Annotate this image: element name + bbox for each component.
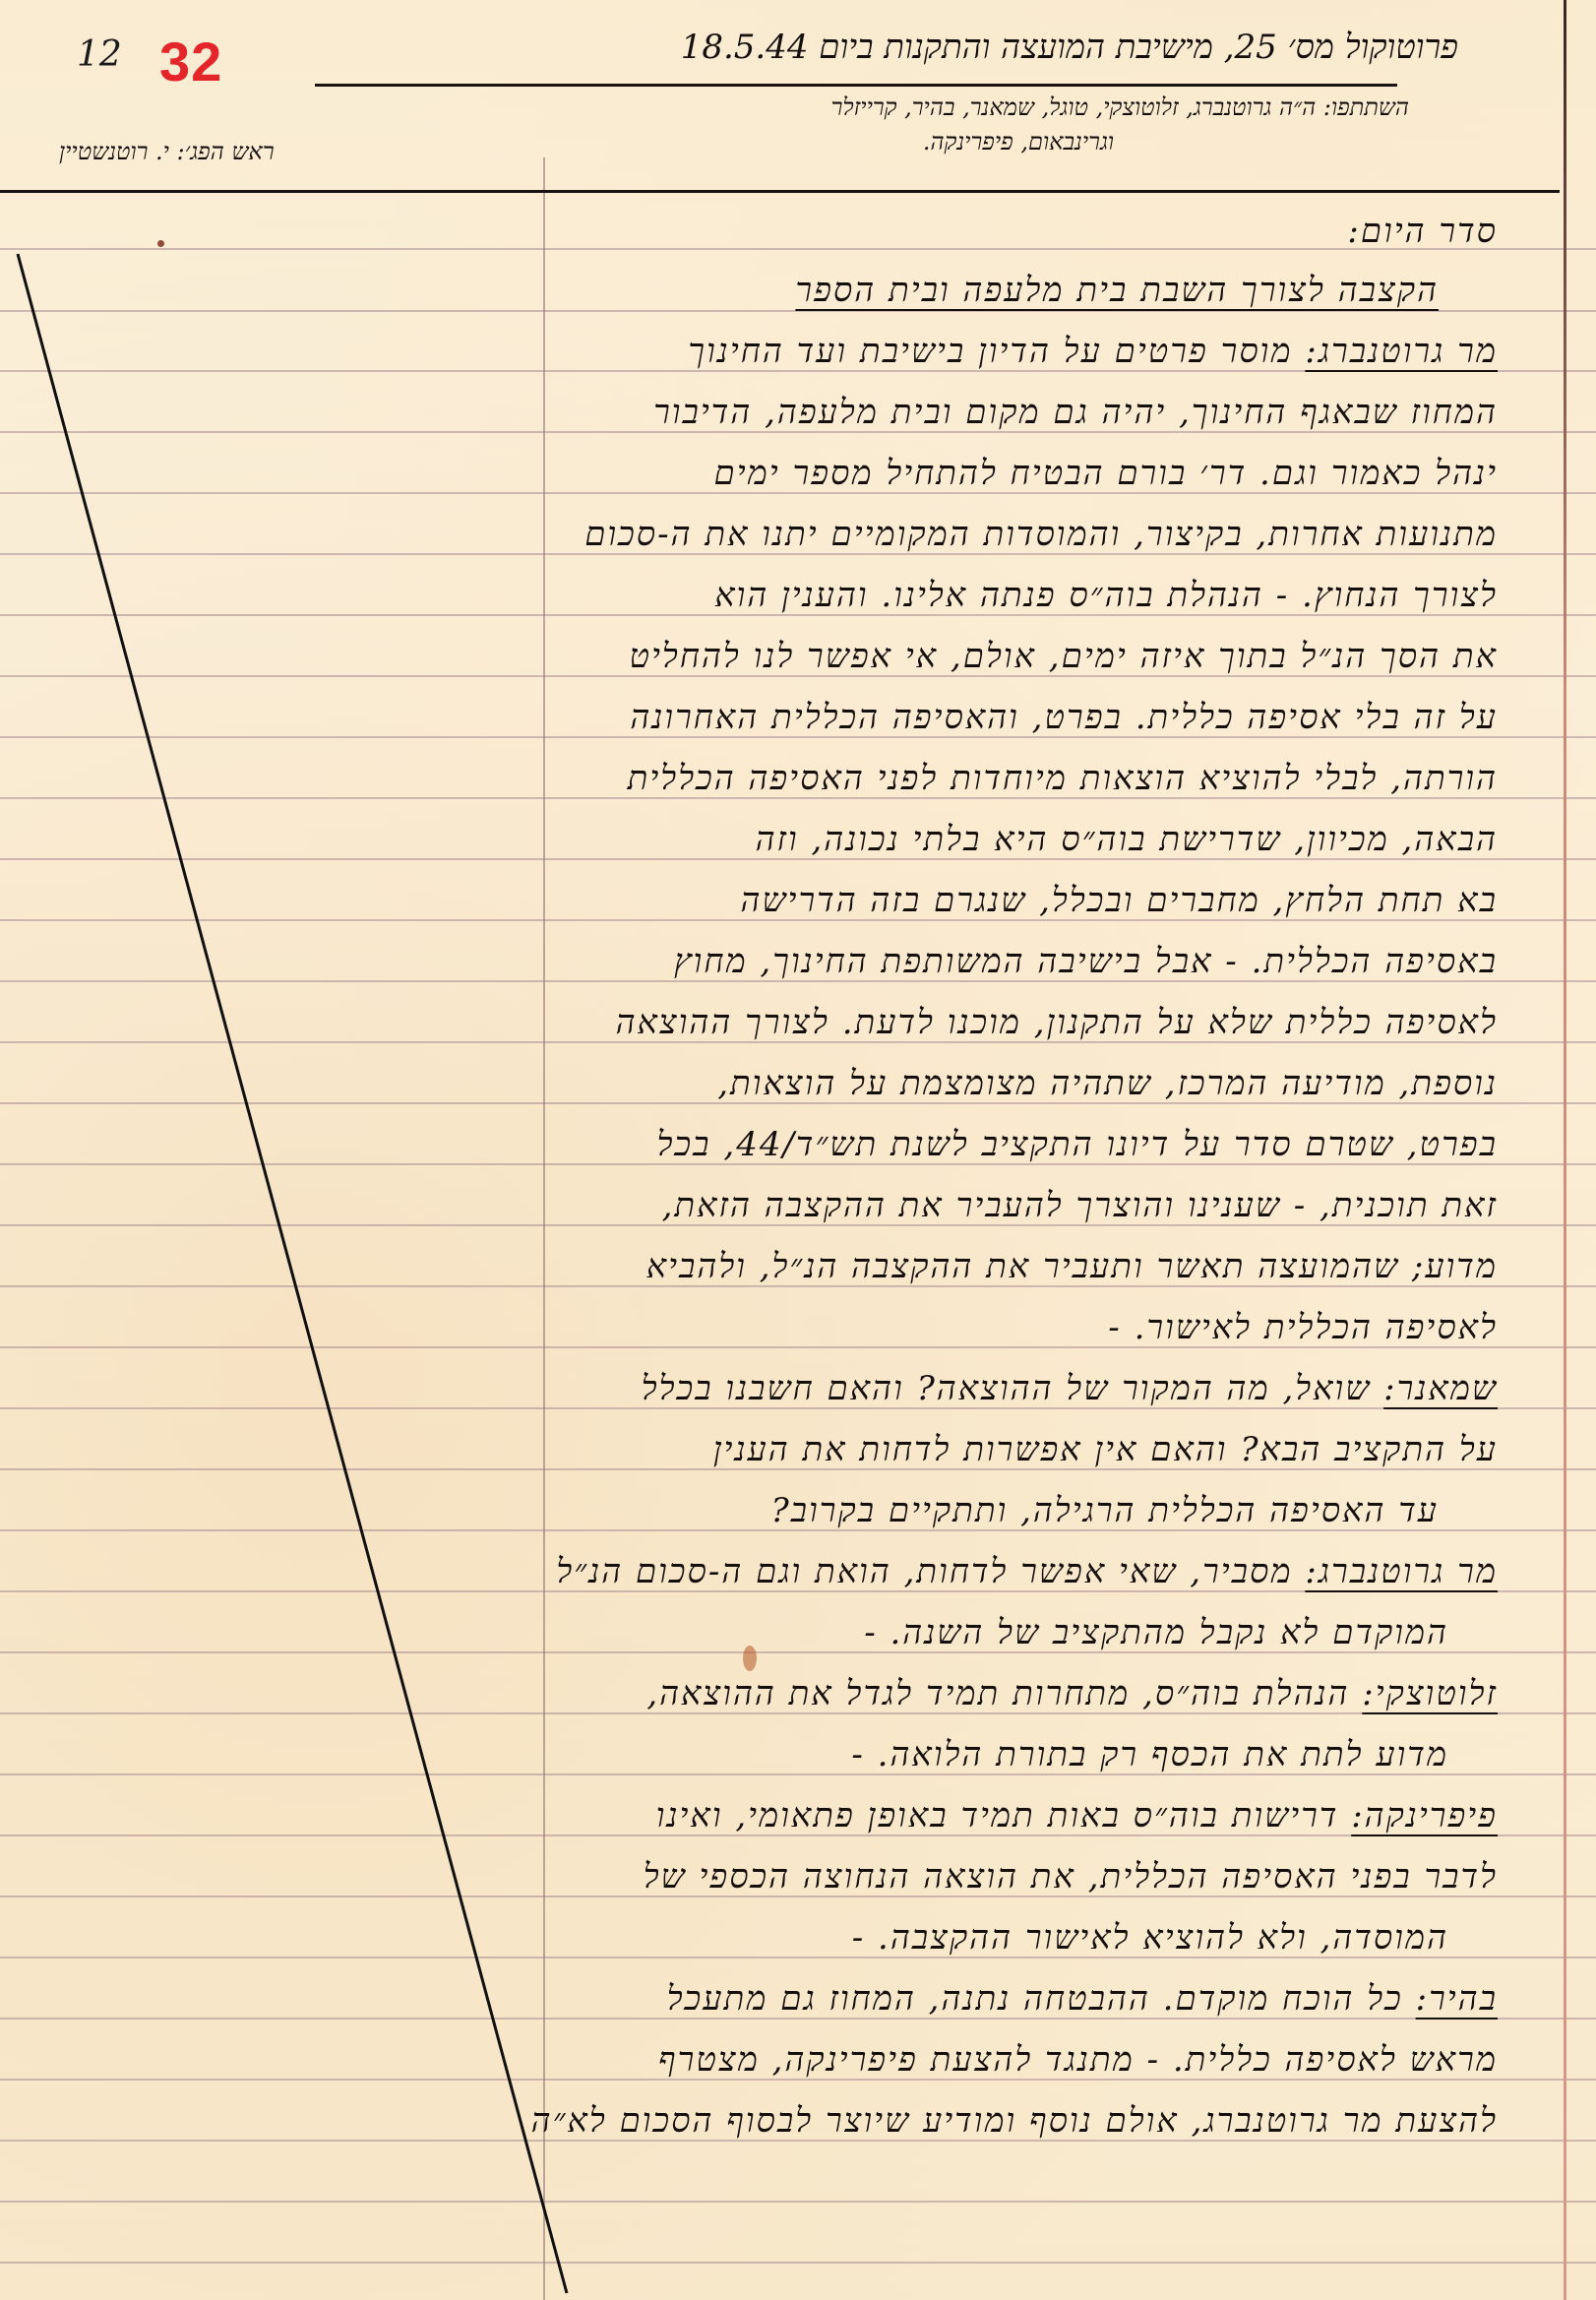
- body-line: מר גרוטנברג: מסביר, שאי אפשר לדחות, הואת…: [556, 1552, 1498, 1591]
- agenda-label: סדר היום:: [1347, 212, 1498, 251]
- body-line: בפרט, שטרם סדר על דיונו התקציב לשנת תש״ד…: [657, 1125, 1498, 1164]
- speaker-name: מר גרוטנברג:: [1305, 332, 1498, 371]
- body-line: מתנועות אחרות, בקיצור, והמוסדות המקומיים…: [584, 515, 1498, 554]
- speaker-name: זלוטוצקי:: [1362, 1674, 1498, 1713]
- body-line: זאת תוכנית, - שענינו והוצרך להעביר את הה…: [662, 1186, 1498, 1225]
- body-line: שמאנר: שואל, מה המקור של ההוצאה? והאם חש…: [642, 1369, 1498, 1408]
- body-line: בהיר: כל הוכח מוקדם. ההבטחה נתנה, המחוז …: [667, 1979, 1498, 2019]
- archive-stamp-number: 32: [159, 30, 222, 93]
- meeting-date: 18.5.44: [681, 28, 809, 67]
- attendees-label: השתתפו:: [1323, 93, 1409, 121]
- protocol-title: פרוטוקול מס׳ 25, מישיבת המועצה והתקנות ב…: [681, 28, 1458, 67]
- attendees-list: ה״ה גרוטנברג, זלוטוצקי, טוגל, שמאנר, בהי…: [831, 93, 1317, 121]
- body-line: הבאה, מכיוון, שדרישת בוה״ס היא בלתי נכונ…: [756, 820, 1498, 859]
- speaker-name: מר גרוטנברג:: [1305, 1552, 1498, 1591]
- body-line: מר גרוטנברג: מוסר פרטים על הדיון בישיבת …: [688, 332, 1498, 371]
- body-line: הורתה, לבלי להוציא הוצאות מיוחדות לפני ה…: [628, 759, 1498, 798]
- speaker-name: בהיר:: [1416, 1979, 1498, 2019]
- body-line: על זה בלי אסיפה כללית. בפרט, והאסיפה הכל…: [630, 698, 1498, 737]
- title-underline: [315, 84, 1397, 87]
- attendees: השתתפו: ה״ה גרוטנברג, זלוטוצקי, טוגל, שמ…: [831, 93, 1409, 122]
- body-line: המוסדה, ולא להוציא לאישור ההקצבה. -: [852, 1918, 1448, 1958]
- scanned-page: 12 32 פרוטוקול מס׳ 25, מישיבת המועצה והת…: [0, 0, 1596, 2300]
- body-line: לצורך הנחוץ. - הנהלת בוה״ס פנתה אלינו. ו…: [714, 576, 1498, 615]
- agenda-item-heading: הקצבה לצורך השבת בית מלעפה ובית הספר: [795, 271, 1439, 310]
- body-line: עד האסיפה הכללית הרגילה, ותתקיים בקרוב?: [770, 1491, 1439, 1530]
- chairman-label: ראש הפג׳:: [177, 138, 275, 165]
- body-line: המחוז שבאגף החינוך, יהיה גם מקום ובית מל…: [653, 393, 1498, 432]
- body-line: מדוע; שהמועצה תאשר ותעביר את ההקצבה הנ״ל…: [646, 1247, 1498, 1286]
- body-line: לאסיפה כללית שלא על התקנון, מוכנו לדעת. …: [616, 1003, 1498, 1042]
- left-margin-rule: [543, 157, 545, 2300]
- body-line: המוקדם לא נקבל מהתקציב של השנה. -: [864, 1613, 1448, 1652]
- right-margin-rule: [1564, 0, 1566, 2300]
- protocol-title-text: פרוטוקול מס׳ 25, מישיבת המועצה והתקנות ב…: [819, 28, 1458, 67]
- speaker-name: פיפרינקה:: [1351, 1796, 1498, 1835]
- body-line: על התקציב הבא? והאם אין אפשרות לדחות את …: [713, 1430, 1498, 1469]
- body-line: לדבר בפני האסיפה הכללית, את הוצאה הנחוצה…: [644, 1857, 1498, 1896]
- ink-stain: [743, 1646, 757, 1671]
- attendees-continued: וגרינבאום, פיפרינקה.: [923, 128, 1114, 156]
- chairman: ראש הפג׳: י. רוטנשטיין: [59, 138, 275, 166]
- header-separator-line: [0, 190, 1560, 193]
- ink-stain: [157, 240, 164, 247]
- body-line: מדוע לתת את הכסף רק בתורת הלואה. -: [851, 1735, 1448, 1774]
- ruled-line: [0, 2262, 1596, 2264]
- body-line: באסיפה הכללית. - אבל בישיבה המשותפת החינ…: [674, 942, 1498, 981]
- body-line: בא תחת הלחץ, מחברים ובכלל, שנגרם בזה הדר…: [741, 881, 1498, 920]
- speaker-name: שמאנר:: [1383, 1369, 1498, 1408]
- body-line: מראש לאסיפה כללית. - מתנגד להצעת פיפרינק…: [658, 2040, 1498, 2080]
- body-line: ינהל כאמור וגם. דר׳ בורם הבטיח להתחיל מס…: [714, 454, 1498, 493]
- folio-mark: 12: [77, 34, 122, 75]
- body-line: להצעת מר גרוטנברג, אולם נוסף ומודיע שיוצ…: [531, 2101, 1498, 2141]
- body-line: פיפרינקה: דרישות בוה״ס באות תמיד באופן פ…: [656, 1796, 1498, 1835]
- ruled-line: [0, 310, 1596, 312]
- chairman-name: י. רוטנשטיין: [59, 138, 169, 165]
- body-line: זלוטוצקי: הנהלת בוה״ס, מתחרות תמיד לגדל …: [646, 1674, 1498, 1713]
- diagonal-strike-line: [0, 0, 590, 2300]
- body-line: נוספת, מודיעה המרכז, שתהיה מצומצמת על הו…: [717, 1064, 1498, 1103]
- ruled-line: [0, 2201, 1596, 2203]
- body-line: לאסיפה הכללית לאישור. -: [1108, 1308, 1498, 1347]
- body-line: את הסך הנ״ל בתוך איזה ימים, אולם, אי אפש…: [629, 637, 1498, 676]
